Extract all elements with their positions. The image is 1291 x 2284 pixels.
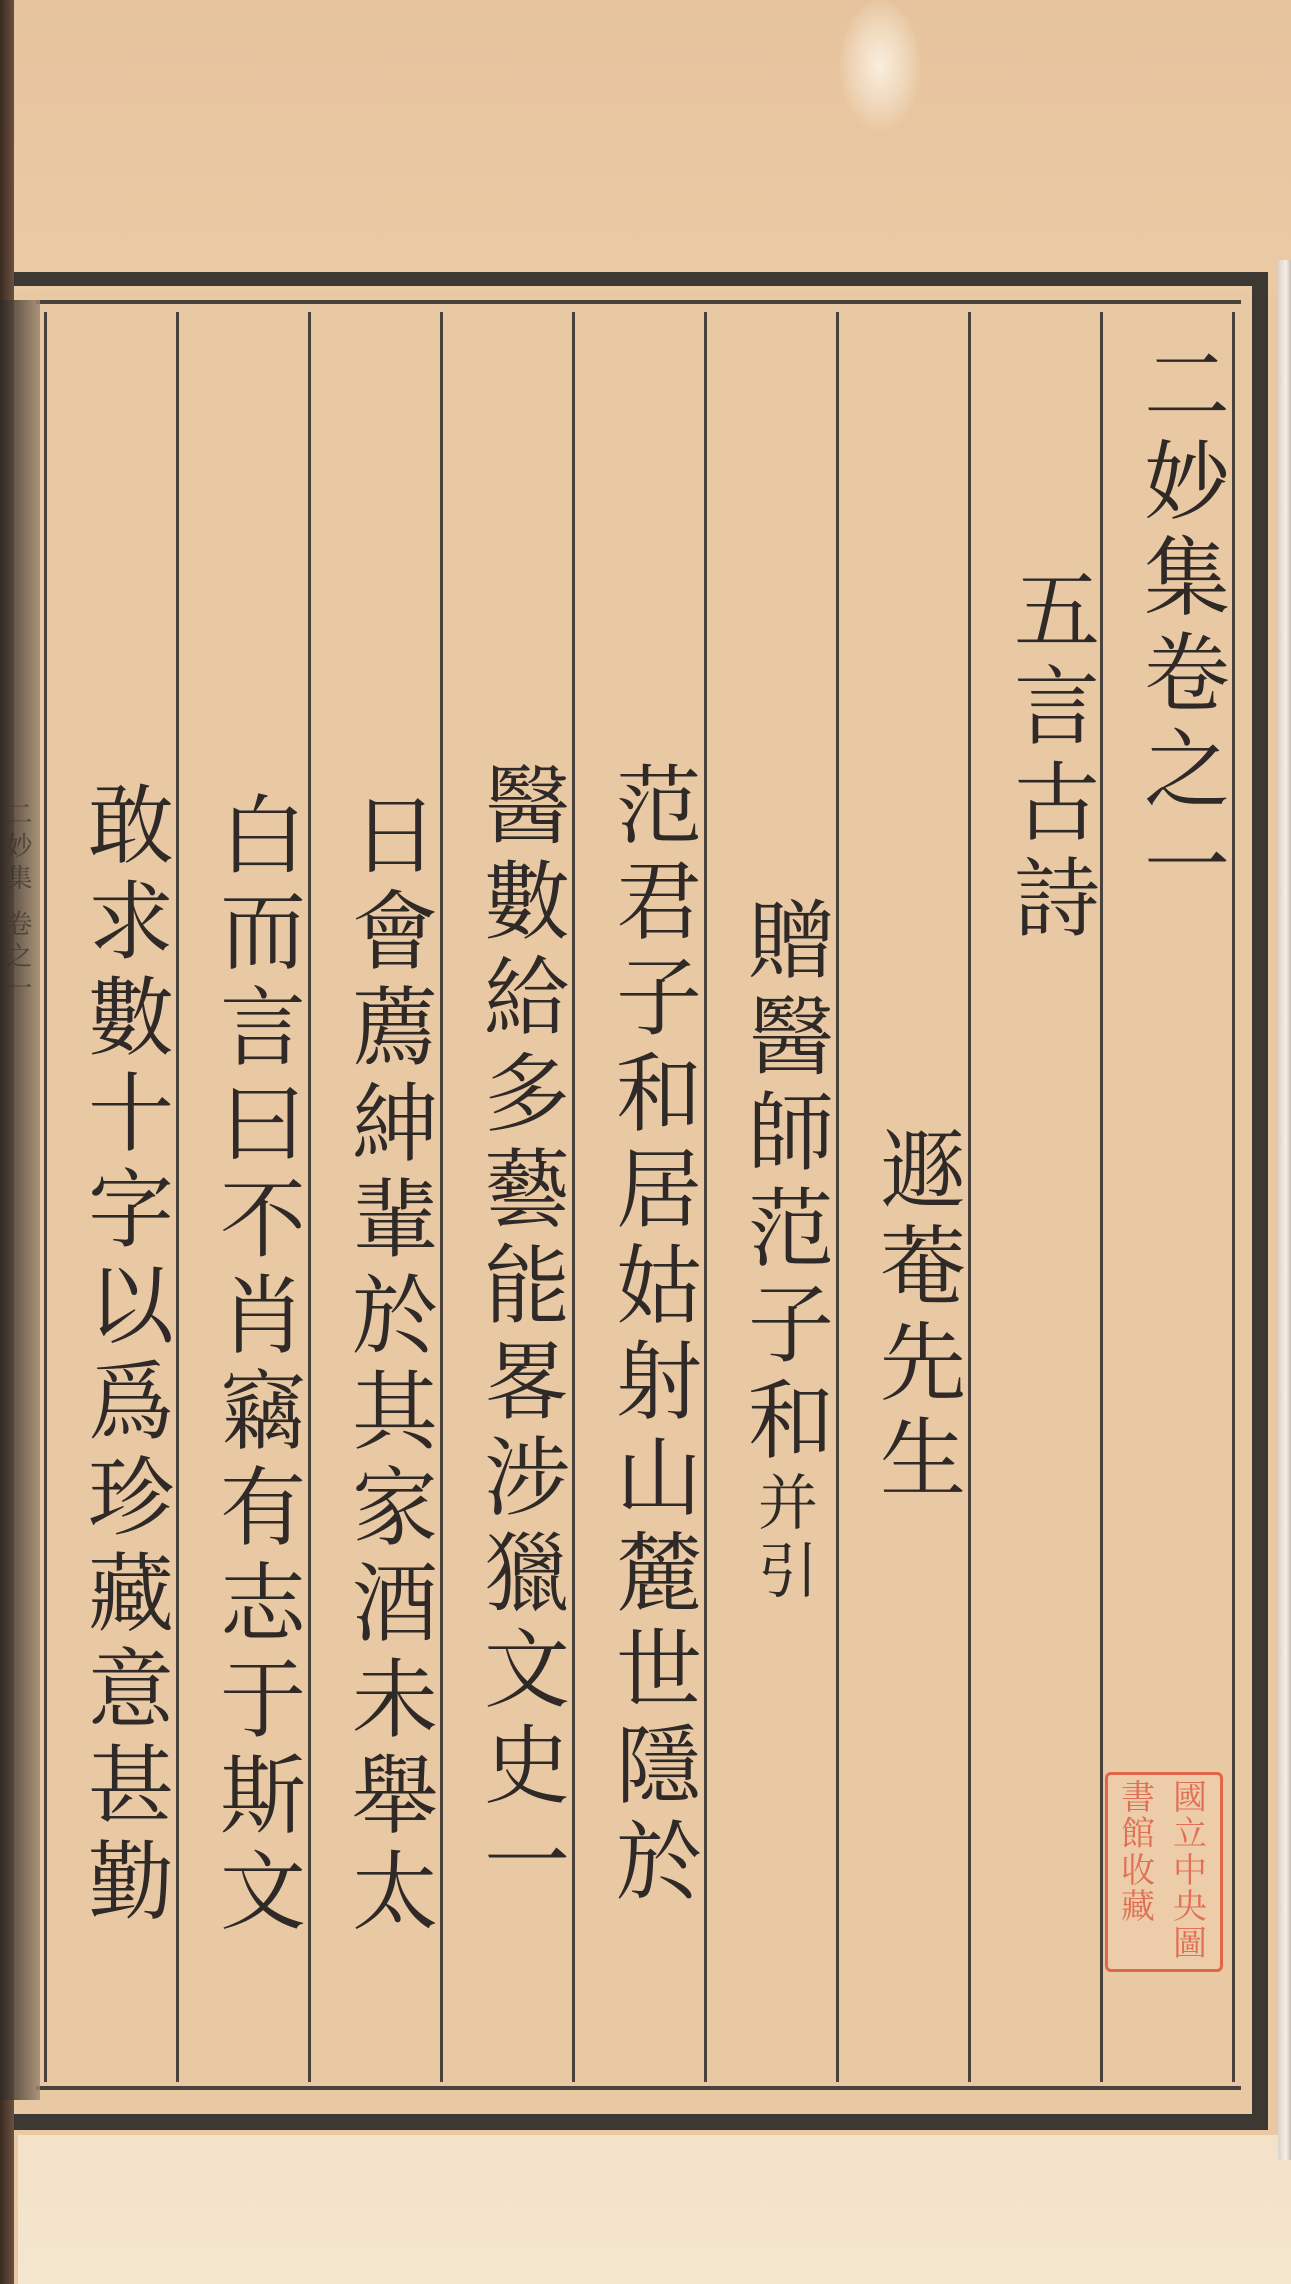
seal-char: 圖	[1164, 1927, 1216, 1963]
column-rule	[44, 312, 47, 2082]
seal-char: 立	[1164, 1817, 1216, 1853]
top-margin	[0, 0, 1291, 290]
column-rule	[1100, 312, 1103, 2082]
bottom-margin	[18, 2135, 1291, 2284]
column-rule	[440, 312, 443, 2082]
seal-char: 中	[1164, 1854, 1216, 1890]
seal-char: 央	[1164, 1890, 1216, 1926]
column-rule	[968, 312, 971, 2082]
column-rule	[308, 312, 311, 2082]
column-rule	[836, 312, 839, 2082]
section-heading: 五言古詩	[982, 565, 1092, 949]
text-column: 白而言曰不肖竊有志于斯文	[188, 790, 298, 1942]
column-rule	[704, 312, 707, 2082]
fold-edge	[0, 300, 40, 2100]
paper-stain	[840, 0, 920, 130]
column-rule	[1232, 312, 1235, 2082]
text-column: 醫數給多藝能畧涉獵文史一	[452, 760, 562, 1912]
page-edge	[1278, 260, 1291, 2160]
author-name: 遯菴先生	[848, 1125, 958, 1509]
poem-title-text: 贈醫師范子和	[733, 895, 833, 1471]
poem-title: 贈醫師范子和并引	[716, 895, 826, 1607]
collection-seal: 國 立 中 央 圖 書 館 收 藏	[1105, 1772, 1223, 1972]
seal-char: 館	[1112, 1817, 1164, 1853]
column-rule	[176, 312, 179, 2082]
poem-title-note: 并引	[748, 1471, 818, 1607]
seal-char: 國	[1164, 1781, 1216, 1817]
volume-title: 二妙集卷之一	[1112, 340, 1222, 916]
fold-edge-text: 二妙集 卷之一	[6, 800, 36, 1006]
seal-char: 藏	[1112, 1890, 1164, 1926]
text-column: 敢求數十字以爲珍藏意甚勤	[56, 780, 166, 1932]
column-rule	[572, 312, 575, 2082]
seal-char: 書	[1112, 1781, 1164, 1817]
seal-char: 收	[1112, 1854, 1164, 1890]
text-column: 范君子和居姑射山麓世隱於	[584, 760, 694, 1912]
text-column: 日會薦紳輩於其家酒未舉太	[320, 790, 430, 1942]
